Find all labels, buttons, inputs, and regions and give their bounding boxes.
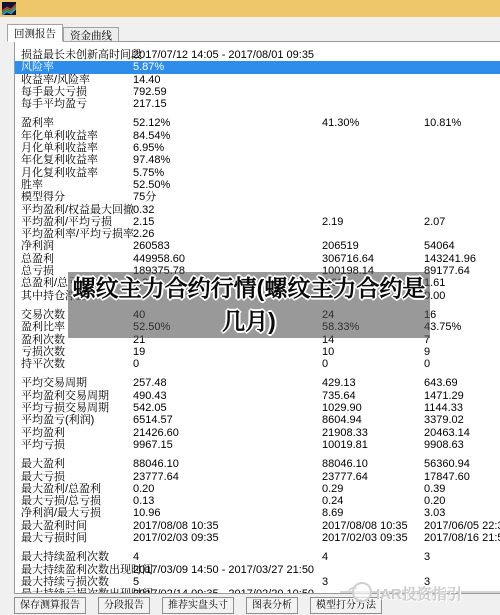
row-value: 97.48%	[133, 154, 170, 167]
row-value: 260583	[133, 240, 170, 253]
row-value: 41.30%	[322, 117, 359, 130]
row-label: 最大亏损时间	[21, 532, 87, 545]
row-value: 9967.15	[133, 439, 173, 452]
row-label: 净利润	[21, 240, 54, 253]
row-value: 2.07	[424, 216, 445, 229]
table-row[interactable]: 净利润/最大亏损10.968.693.03	[15, 507, 500, 519]
table-row[interactable]: 风险率5.87%	[15, 61, 500, 73]
row-value: 9908.63	[424, 439, 464, 452]
row-value: 4	[322, 551, 328, 564]
watermark-text: IAR投资指引	[376, 583, 462, 604]
row-value: 10	[322, 346, 334, 359]
row-value: 21426.60	[133, 427, 179, 440]
row-label: 胜率	[21, 179, 43, 192]
table-row[interactable]: 平均亏损交易周期542.051029.901144.33	[15, 402, 500, 414]
row-label: 盈利次数	[21, 334, 65, 347]
row-value: 2017/02/03 09:35	[133, 532, 219, 545]
table-row[interactable]: 胜率52.50%	[15, 179, 500, 191]
row-label: 年化单利收益率	[21, 130, 98, 143]
row-label: 亏损次数	[21, 346, 65, 359]
row-label: 损益最长未创新高时间段	[21, 49, 142, 62]
row-value: 2017/02/14 09:35 - 2017/02/20 10:50	[133, 588, 314, 594]
row-value: 206519	[322, 240, 359, 253]
recommended-position-button[interactable]: 推荐实盘头寸	[162, 597, 234, 614]
row-value: 2017/07/12 14:05 - 2017/08/01 09:35	[133, 49, 314, 62]
row-value: 10019.81	[322, 439, 368, 452]
table-row[interactable]: 每手最大亏损792.59	[15, 86, 500, 98]
table-row[interactable]: 最大亏损/总亏损0.130.240.20	[15, 495, 500, 507]
row-label: 最大亏损	[21, 471, 65, 484]
row-label: 最大亏损/总亏损	[21, 495, 101, 508]
row-value: 6514.57	[133, 414, 173, 427]
table-row[interactable]: 平均盈利21426.6021908.3320463.14	[15, 427, 500, 439]
row-value: 792.59	[133, 86, 167, 99]
row-value: 3.03	[424, 507, 445, 520]
row-label: 平均盈利/平均亏损	[21, 216, 112, 229]
table-row[interactable]: 最大盈利88046.1088046.1056360.94	[15, 458, 500, 470]
row-value: 643.69	[424, 377, 458, 390]
row-value: 89177.64	[424, 265, 470, 278]
row-value: 8.69	[322, 507, 343, 520]
row-value: 0	[322, 358, 328, 371]
table-row[interactable]: 平均盈利率/平均亏损率2.26	[15, 228, 500, 240]
row-label: 平均亏损	[21, 439, 65, 452]
row-value: 21908.33	[322, 427, 368, 440]
row-value: 429.13	[322, 377, 356, 390]
row-value: 0.32	[133, 204, 154, 217]
row-label: 收益率/风险率	[21, 74, 90, 87]
article-title-overlay: 螺纹主力合约行情(螺纹主力合约是几月)	[68, 272, 430, 338]
table-row[interactable]: 总盈利449958.60306716.64143241.96	[15, 253, 500, 265]
window-titlebar[interactable]	[0, 0, 500, 17]
table-row[interactable]: 平均盈利交易周期490.43735.641471.29	[15, 390, 500, 402]
row-value: 20463.14	[424, 427, 470, 440]
row-value: 1471.29	[424, 390, 464, 403]
row-label: 最大持续亏损次数	[21, 576, 109, 589]
table-row[interactable]: 最大亏损23777.6423777.6417847.60	[15, 471, 500, 483]
row-label: 平均盈利交易周期	[21, 390, 109, 403]
table-row[interactable]: 平均盈利/平均亏损2.152.192.07	[15, 216, 500, 228]
table-row[interactable]: 最大亏损时间2017/02/03 09:352017/02/03 09:3520…	[15, 532, 500, 544]
table-row[interactable]: 最大持续盈利次数出现时间2017/03/09 14:50 - 2017/03/2…	[15, 564, 500, 576]
table-row[interactable]: 持平次数000	[15, 358, 500, 370]
row-label: 每手最大亏损	[21, 86, 87, 99]
row-value: 5.75%	[133, 167, 164, 180]
row-value: 2017/08/16 21:50	[424, 532, 500, 545]
row-value: 0	[133, 358, 139, 371]
row-value: 735.64	[322, 390, 356, 403]
chart-analysis-button[interactable]: 图表分析	[246, 597, 298, 614]
row-value: 10.81%	[424, 117, 461, 130]
row-label: 模型得分	[21, 191, 65, 204]
tab-equity-curve[interactable]: 资金曲线	[63, 27, 119, 42]
row-value: 52.12%	[133, 117, 170, 130]
row-value: 19	[133, 346, 145, 359]
row-label: 平均盈利/权益最大回撤	[21, 204, 134, 217]
row-label: 平均交易周期	[21, 377, 87, 390]
row-value: 3379.02	[424, 414, 464, 427]
row-label: 盈利率	[21, 117, 54, 130]
row-value: 449958.60	[133, 253, 185, 266]
watermark: IAR投资指引	[340, 581, 500, 603]
table-row[interactable]: 年化复利收益率97.48%	[15, 154, 500, 166]
row-value: 88046.10	[322, 458, 368, 471]
row-label: 风险率	[21, 61, 54, 74]
row-value: 2017/08/08 10:35	[133, 520, 219, 533]
row-label: 年化复利收益率	[21, 154, 98, 167]
row-value: 56360.94	[424, 458, 470, 471]
row-value: 84.54%	[133, 130, 170, 143]
row-value: 10.96	[133, 507, 161, 520]
save-report-button[interactable]: 保存测算报告	[14, 597, 86, 614]
row-value: 52.50%	[133, 179, 170, 192]
app-window: 回测报告 资金曲线 损益最长未创新高时间段2017/07/12 14:05 - …	[0, 0, 500, 615]
row-value: 8604.94	[322, 414, 362, 427]
table-row[interactable]: 每手平均盈亏217.15	[15, 98, 500, 110]
table-row[interactable]: 平均盈利/权益最大回撤0.32	[15, 204, 500, 216]
row-value: 54064	[424, 240, 455, 253]
row-label: 平均盈利	[21, 427, 65, 440]
row-value: 2017/06/05 22:35	[424, 520, 500, 533]
row-value: 2017/03/09 14:50 - 2017/03/27 21:50	[133, 564, 314, 577]
row-value: 9	[424, 346, 430, 359]
table-row[interactable]: 平均亏损9967.1510019.819908.63	[15, 439, 500, 451]
row-value: 306716.64	[322, 253, 374, 266]
table-row[interactable]: 最大盈利时间2017/08/08 10:352017/08/08 10:3520…	[15, 520, 500, 532]
row-value: 143241.96	[424, 253, 476, 266]
row-value: 0.24	[322, 495, 343, 508]
row-value: 0.20	[133, 483, 154, 496]
row-value: 3	[424, 551, 430, 564]
tab-bar: 回测报告 资金曲线	[7, 24, 119, 42]
row-value: 2017/02/03 09:35	[322, 532, 408, 545]
row-label: 总盈利	[21, 253, 54, 266]
row-value: 2.15	[133, 216, 154, 229]
table-row[interactable]: 收益率/风险率14.40	[15, 74, 500, 86]
row-value: 5	[133, 576, 139, 589]
app-chart-icon	[2, 2, 16, 15]
row-label: 月化单利收益率	[21, 142, 98, 155]
row-label: 总亏损	[21, 265, 54, 278]
row-value: 2.26	[133, 228, 154, 241]
row-value: 14.40	[133, 74, 161, 87]
row-value: 0.29	[322, 483, 343, 496]
row-value: 217.15	[133, 98, 167, 111]
row-value: 75分	[133, 191, 156, 204]
row-value: 0.20	[424, 495, 445, 508]
row-label: 平均盈利率/平均亏损率	[21, 228, 134, 241]
row-label: 净利润/最大亏损	[21, 507, 101, 520]
table-row[interactable]: 年化单利收益率84.54%	[15, 130, 500, 142]
row-value: 542.05	[133, 402, 167, 415]
row-label: 最大盈利	[21, 458, 65, 471]
row-value: 1144.33	[424, 402, 463, 415]
row-label: 交易次数	[21, 309, 65, 322]
row-value: 2.19	[322, 216, 343, 229]
row-label: 每手平均盈亏	[21, 98, 87, 111]
row-label: 持平次数	[21, 358, 65, 371]
table-row[interactable]: 月化复利收益率5.75%	[15, 167, 500, 179]
segment-report-button[interactable]: 分段报告	[98, 597, 150, 614]
row-label: 月化复利收益率	[21, 167, 98, 180]
row-value: 0.39	[424, 483, 445, 496]
bottom-toolbar: 保存测算报告 分段报告 推荐实盘头寸 图表分析 模型打分方法	[14, 597, 382, 614]
row-value: 23777.64	[322, 471, 368, 484]
table-row[interactable]: 盈利率52.12%41.30%10.81%	[15, 117, 500, 129]
row-label: 最大盈利/总盈利	[21, 483, 101, 496]
row-value: 257.48	[133, 377, 167, 390]
table-row[interactable]: 最大盈利/总盈利0.200.290.39	[15, 483, 500, 495]
row-value: 3	[322, 576, 328, 589]
tab-backtest-report[interactable]: 回测报告	[7, 24, 63, 42]
table-row[interactable]: 净利润26058320651954064	[15, 240, 500, 252]
row-value: 2017/08/08 10:35	[322, 520, 408, 533]
row-label: 最大持续盈利次数	[21, 551, 109, 564]
row-value: 0.13	[133, 495, 154, 508]
row-value: 6.95%	[133, 142, 164, 155]
row-label: 平均亏损交易周期	[21, 402, 109, 415]
row-value: 17847.60	[424, 471, 470, 484]
row-value: 5.87%	[133, 61, 164, 74]
table-row[interactable]: 最大持续盈利次数443	[15, 551, 500, 563]
row-label: 最大盈利时间	[21, 520, 87, 533]
table-row[interactable]: 月化单利收益率6.95%	[15, 142, 500, 154]
table-row[interactable]: 亏损次数19109	[15, 346, 500, 358]
row-label: 盈利比率	[21, 321, 65, 334]
row-value: 4	[133, 551, 139, 564]
row-label: 平均盈亏(利润)	[21, 414, 94, 427]
table-row[interactable]: 模型得分75分	[15, 191, 500, 203]
table-row[interactable]: 平均交易周期257.48429.13643.69	[15, 377, 500, 389]
row-value: 1029.90	[322, 402, 362, 415]
table-row[interactable]: 损益最长未创新高时间段2017/07/12 14:05 - 2017/08/01…	[15, 49, 500, 61]
row-value: 23777.64	[133, 471, 179, 484]
row-value: 88046.10	[133, 458, 179, 471]
row-value: 0	[424, 358, 430, 371]
row-value: 490.43	[133, 390, 167, 403]
watermark-logo-icon	[352, 582, 372, 602]
table-row[interactable]: 平均盈亏(利润)6514.578604.943379.02	[15, 414, 500, 426]
